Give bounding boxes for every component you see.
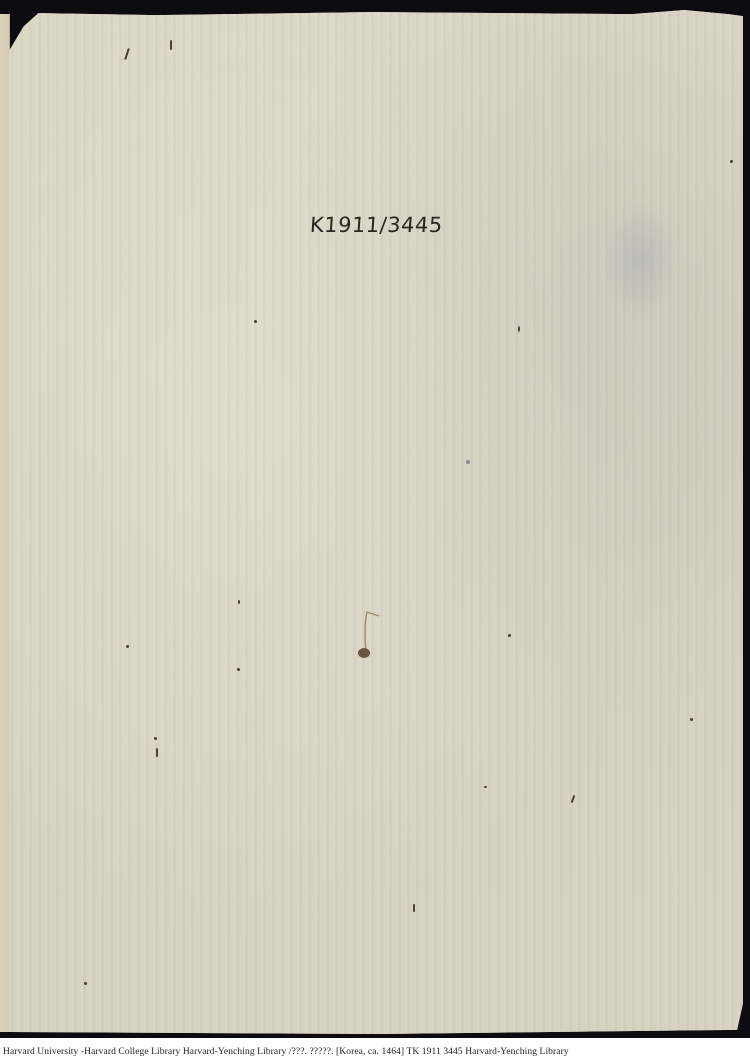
scanned-page-image: K1911/3445: [0, 0, 750, 1038]
speck: [126, 645, 129, 648]
speck: [156, 748, 158, 757]
speck: [466, 460, 470, 464]
paper-stain: [600, 200, 680, 320]
speck: [690, 718, 693, 721]
speck: [237, 668, 240, 671]
speck: [413, 904, 415, 912]
speck: [254, 320, 257, 323]
image-caption: Harvard University -Harvard College Libr…: [3, 1047, 569, 1057]
speck: [154, 737, 157, 740]
fiber-mark: [355, 604, 389, 660]
speck: [238, 600, 240, 604]
speck: [484, 786, 487, 788]
handwritten-call-number: K1911/3445: [309, 213, 443, 237]
speck: [170, 40, 172, 50]
speck: [84, 982, 87, 985]
speck: [730, 160, 733, 163]
paper-cover: [9, 10, 743, 1034]
speck: [518, 326, 520, 332]
left-binding-edge: [0, 14, 10, 1032]
speck: [508, 634, 511, 637]
